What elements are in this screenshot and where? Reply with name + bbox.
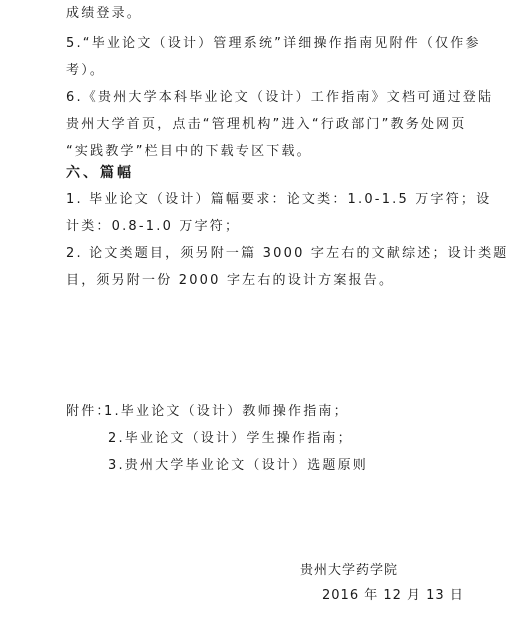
section-heading: 六、篇幅 bbox=[66, 165, 134, 181]
paragraph-line: 2. 论文类题目，须另附一篇 3000 字左右的文献综述；设计类题 bbox=[66, 246, 509, 262]
paragraph-line: “实践教学”栏目中的下载专区下载。 bbox=[66, 144, 312, 160]
paragraph-line: 计类：0.8-1.0 万字符； bbox=[66, 219, 240, 235]
paragraph-line: 5.“毕业论文（设计）管理系统”详细操作指南见附件（仅作参 bbox=[66, 36, 481, 52]
paragraph-line: 成绩登录。 bbox=[66, 6, 142, 22]
paragraph-line: 目，须另附一份 2000 字左右的设计方案报告。 bbox=[66, 273, 394, 289]
signature-date: 2016 年 12 月 13 日 bbox=[322, 588, 464, 604]
signature-organization: 贵州大学药学院 bbox=[300, 563, 398, 579]
paragraph-line: 1. 毕业论文（设计）篇幅要求：论文类：1.0-1.5 万字符；设 bbox=[66, 192, 491, 208]
paragraph-line: 考）。 bbox=[66, 63, 105, 79]
attachment-item: 1.毕业论文（设计）教师操作指南； bbox=[104, 404, 349, 420]
attachment-item: 3.贵州大学毕业论文（设计）选题原则 bbox=[108, 458, 368, 474]
paragraph-line: 6.《贵州大学本科毕业论文（设计）工作指南》文档可通过登陆 bbox=[66, 90, 493, 106]
attachment-item: 2.毕业论文（设计）学生操作指南； bbox=[108, 431, 353, 447]
paragraph-line: 贵州大学首页，点击“管理机构”进入“行政部门”教务处网页 bbox=[66, 117, 467, 133]
